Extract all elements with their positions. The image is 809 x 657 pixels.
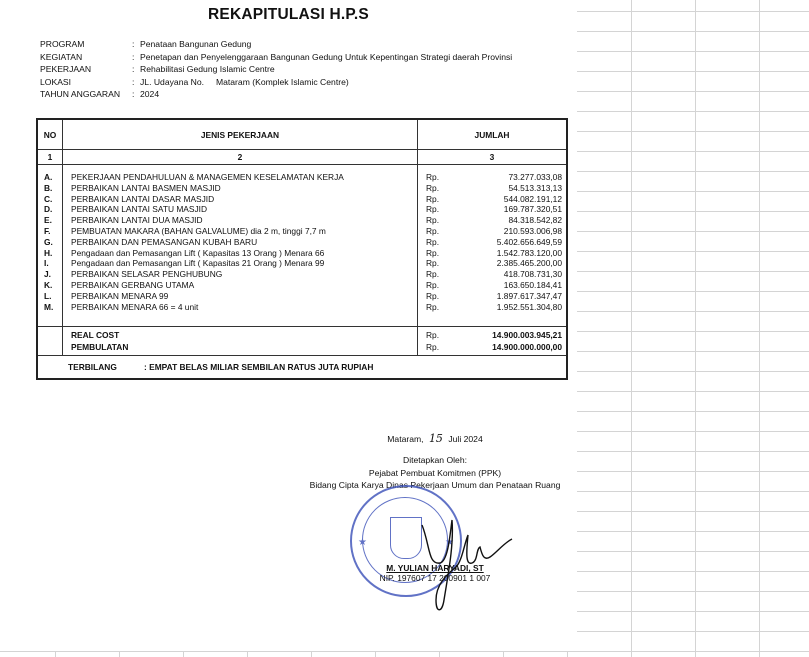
item-description: PERBAIKAN LANTAI DUA MASJID [63, 215, 417, 226]
item-no: M. [38, 302, 62, 313]
item-amount: Rp.418.708.731,30 [418, 269, 566, 280]
real-cost-amount: Rp.14.900.003.945,21 [418, 330, 566, 342]
items-no-column: A.B.C.D.E.F.G.H.I.J.K.L.M. [37, 165, 63, 327]
items-amount-column: Rp.73.277.033,08Rp.54.513.313,13Rp.544.0… [418, 165, 568, 327]
header-jenis-pekerjaan: JENIS PEKERJAAN [63, 119, 418, 150]
hps-table: NO JENIS PEKERJAAN JUMLAH 1 2 3 A.B.C.D.… [36, 118, 568, 380]
embedded-document-image[interactable]: REKAPITULASI H.P.S PROGRAM:Penataan Bang… [0, 0, 577, 651]
star-icon: ★ [358, 537, 367, 548]
item-no: I. [38, 258, 62, 269]
item-amount: Rp.169.787.320,51 [418, 204, 566, 215]
handwritten-signature-icon [400, 505, 530, 615]
item-description: PERBAIKAN SELASAR PENGHUBUNG [63, 269, 417, 280]
document-meta: PROGRAM:Penataan Bangunan Gedung KEGIATA… [40, 38, 512, 101]
item-description: PEKERJAAN PENDAHULUAN & MANAGEMEN KESELA… [63, 172, 417, 183]
item-description: PERBAIKAN GERBANG UTAMA [63, 280, 417, 291]
header-no: NO [37, 119, 63, 150]
header-jumlah: JUMLAH [418, 119, 568, 150]
pembulatan-label: PEMBULATAN [63, 342, 417, 354]
item-description: PERBAIKAN MENARA 66 = 4 unit [63, 302, 417, 313]
item-no: B. [38, 183, 62, 194]
item-no: D. [38, 204, 62, 215]
pembulatan-amount: Rp.14.900.000.000,00 [418, 342, 566, 354]
item-amount: Rp.54.513.313,13 [418, 183, 566, 194]
item-no: C. [38, 194, 62, 205]
item-amount: Rp.73.277.033,08 [418, 172, 566, 183]
item-no: J. [38, 269, 62, 280]
item-amount: Rp.1.542.783.120,00 [418, 248, 566, 259]
terbilang-row: TERBILANG: EMPAT BELAS MILIAR SEMBILAN R… [37, 356, 567, 380]
signer-nip: NIP. 197607 17 200901 1 007 [360, 573, 510, 583]
item-no: F. [38, 226, 62, 237]
meta-kegiatan: KEGIATAN:Penetapan dan Penyelenggaraan B… [40, 51, 512, 64]
terbilang-label: TERBILANG [68, 362, 144, 372]
ditetapkan-oleh: Ditetapkan Oleh: [290, 455, 580, 465]
item-amount: Rp.2.385.465.200,00 [418, 258, 566, 269]
meta-pekerjaan: PEKERJAAN:Rehabilitasi Gedung Islamic Ce… [40, 63, 512, 76]
item-no: E. [38, 215, 62, 226]
document-title: REKAPITULASI H.P.S [0, 6, 577, 24]
item-description: PERBAIKAN LANTAI BASMEN MASJID [63, 183, 417, 194]
item-no: A. [38, 172, 62, 183]
item-description: PERBAIKAN LANTAI SATU MASJID [63, 204, 417, 215]
place-date: Mataram, 15 Juli 2024 [290, 432, 580, 445]
item-no: L. [38, 291, 62, 302]
item-description: PERBAIKAN MENARA 99 [63, 291, 417, 302]
item-no: H. [38, 248, 62, 259]
item-amount: Rp.1.897.617.347,47 [418, 291, 566, 302]
item-amount: Rp.84.318.542,82 [418, 215, 566, 226]
item-description: PEMBUATAN MAKARA (BAHAN GALVALUME) dia 2… [63, 226, 417, 237]
meta-lokasi: LOKASI:JL. Udayana No. Mataram (Komplek … [40, 76, 512, 89]
item-description: PERBAIKAN LANTAI DASAR MASJID [63, 194, 417, 205]
items-desc-column: PEKERJAAN PENDAHULUAN & MANAGEMEN KESELA… [63, 165, 418, 327]
terbilang-value: : EMPAT BELAS MILIAR SEMBILAN RATUS JUTA… [144, 362, 373, 372]
item-description: PERBAIKAN DAN PEMASANGAN KUBAH BARU [63, 237, 417, 248]
handwritten-day: 15 [426, 432, 446, 445]
signer-block: M. YULIAN HARYADI, ST NIP. 197607 17 200… [360, 563, 510, 583]
real-cost-label: REAL COST [63, 330, 417, 342]
item-no: G. [38, 237, 62, 248]
table-index-row: 1 2 3 [37, 150, 567, 165]
item-amount: Rp.1.952.551.304,80 [418, 302, 566, 313]
meta-tahun-anggaran: TAHUN ANGGARAN:2024 [40, 88, 512, 101]
signer-unit: Bidang Cipta Karya Dinas Pekerjaan Umum … [290, 480, 580, 490]
item-amount: Rp.544.082.191,12 [418, 194, 566, 205]
item-amount: Rp.5.402.656.649,59 [418, 237, 566, 248]
signer-role: Pejabat Pembuat Komitmen (PPK) [290, 468, 580, 478]
table-items: A.B.C.D.E.F.G.H.I.J.K.L.M. PEKERJAAN PEN… [37, 165, 567, 327]
signer-name: M. YULIAN HARYADI, ST [360, 563, 510, 573]
item-description: Pengadaan dan Pemasangan Lift ( Kapasita… [63, 248, 417, 259]
table-header-row: NO JENIS PEKERJAAN JUMLAH [37, 119, 567, 150]
item-amount: Rp.210.593.006,98 [418, 226, 566, 237]
meta-program: PROGRAM:Penataan Bangunan Gedung [40, 38, 512, 51]
table-totals: REAL COST PEMBULATAN Rp.14.900.003.945,2… [37, 327, 567, 356]
item-no: K. [38, 280, 62, 291]
item-description: Pengadaan dan Pemasangan Lift ( Kapasita… [63, 258, 417, 269]
item-amount: Rp.163.650.184,41 [418, 280, 566, 291]
